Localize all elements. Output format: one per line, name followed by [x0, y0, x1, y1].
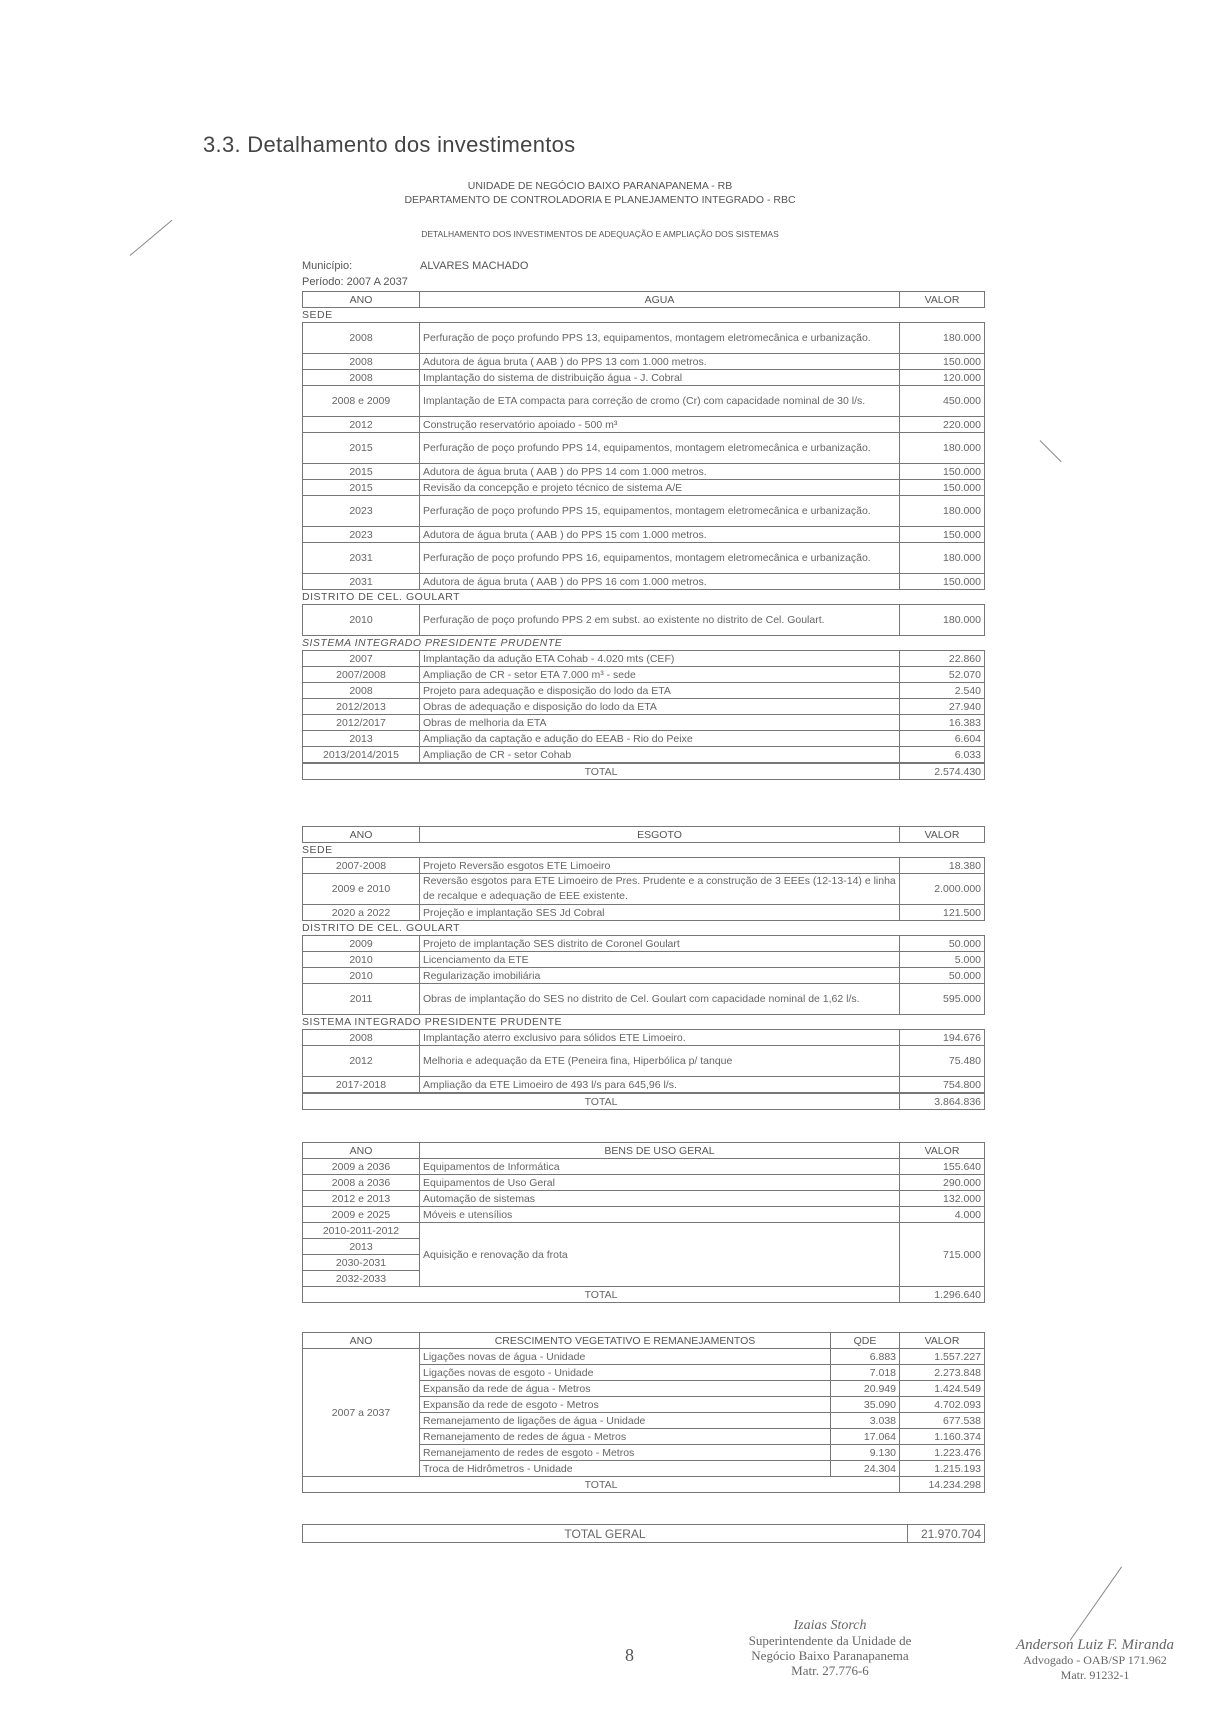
esgoto-group-table: 2008Implantação aterro exclusivo para só… [302, 1029, 985, 1093]
cell-ano: 2010 [303, 605, 420, 636]
table-row: 2009 e 2025Móveis e utensílios4.000 [303, 1207, 985, 1223]
cell-qde: 35.090 [831, 1397, 900, 1413]
cell-ano: 2013/2014/2015 [303, 747, 420, 763]
cell-ano: 2008 [303, 370, 420, 386]
table-row: 2013/2014/2015Ampliação de CR - setor Co… [303, 747, 985, 763]
total-value: 2.574.430 [900, 764, 985, 780]
cell-desc: Troca de Hidrômetros - Unidade [420, 1461, 831, 1477]
total-geral-label: TOTAL GERAL [303, 1525, 908, 1543]
cell-desc: Adutora de água bruta ( AAB ) do PPS 14 … [420, 464, 900, 480]
table-row: 2023Adutora de água bruta ( AAB ) do PPS… [303, 527, 985, 543]
cell-desc: Reversão esgotos para ETE Limoeiro de Pr… [420, 874, 900, 905]
table-row: 2015Revisão da concepção e projeto técni… [303, 480, 985, 496]
cell-desc: Perfuração de poço profundo PPS 13, equi… [420, 323, 900, 354]
table-row: 2020 a 2022Projeção e implantação SES Jd… [303, 905, 985, 921]
cell-ano: 2017-2018 [303, 1077, 420, 1093]
cell-desc: Projeto para adequação e disposição do l… [420, 683, 900, 699]
esgoto-total: TOTAL3.864.836 [302, 1093, 985, 1110]
total-value: 1.296.640 [900, 1287, 985, 1303]
signature-1-name: Izaias Storch [735, 1618, 925, 1633]
col-ano: ANO [303, 292, 420, 308]
cell-valor: 180.000 [900, 433, 985, 464]
cell-qde: 24.304 [831, 1461, 900, 1477]
table-row: 2012Construção reservatório apoiado - 50… [303, 417, 985, 433]
cell-valor: 180.000 [900, 605, 985, 636]
esgoto-group-table: 2007-2008Projeto Reversão esgotos ETE Li… [302, 857, 985, 921]
cell-valor: 16.383 [900, 715, 985, 731]
agua-table: ANOAGUAVALORSEDE2008Perfuração de poço p… [302, 291, 985, 780]
signature-2-line1: Advogado - OAB/SP 171.962 [990, 1653, 1200, 1668]
col-valor: VALOR [900, 1143, 985, 1159]
table-row: 2010Perfuração de poço profundo PPS 2 em… [303, 605, 985, 636]
col-desc: AGUA [420, 292, 900, 308]
cell-ano: 2030-2031 [303, 1255, 420, 1271]
cell-ano: 2011 [303, 984, 420, 1015]
cell-qde: 20.949 [831, 1381, 900, 1397]
cell-desc: Expansão da rede de água - Metros [420, 1381, 831, 1397]
municipio-line: Município: ALVARES MACHADO [302, 260, 352, 272]
group-label: SISTEMA INTEGRADO PRESIDENTE PRUDENTE [302, 1015, 985, 1029]
cell-ano: 2031 [303, 574, 420, 590]
cell-valor: 150.000 [900, 480, 985, 496]
cell-valor: 18.380 [900, 858, 985, 874]
total-row: TOTAL1.296.640 [303, 1287, 985, 1303]
table-row: 2023Perfuração de poço profundo PPS 15, … [303, 496, 985, 527]
cell-desc: Implantação aterro exclusivo para sólido… [420, 1030, 900, 1046]
table-row: 2008Perfuração de poço profundo PPS 13, … [303, 323, 985, 354]
total-value: 3.864.836 [900, 1094, 985, 1110]
cell-ano: 2012/2017 [303, 715, 420, 731]
cell-ano: 2020 a 2022 [303, 905, 420, 921]
cell-ano: 2015 [303, 464, 420, 480]
cell-desc: Expansão da rede de esgoto - Metros [420, 1397, 831, 1413]
cell-valor: 27.940 [900, 699, 985, 715]
cell-ano: 2008 [303, 1030, 420, 1046]
cell-qde: 3.038 [831, 1413, 900, 1429]
group-label: SEDE [302, 843, 985, 857]
cell-valor: 50.000 [900, 968, 985, 984]
cell-ano: 2008 e 2009 [303, 386, 420, 417]
cell-valor: 121.500 [900, 905, 985, 921]
signature-1-line1: Superintendente da Unidade de [735, 1633, 925, 1648]
cell-desc: Automação de sistemas [420, 1191, 900, 1207]
total-label: TOTAL [303, 1287, 900, 1303]
cell-desc: Perfuração de poço profundo PPS 14, equi… [420, 433, 900, 464]
col-valor: VALOR [900, 292, 985, 308]
cell-desc: Aquisição e renovação da frota [420, 1223, 900, 1287]
cell-desc: Móveis e utensílios [420, 1207, 900, 1223]
cell-desc: Equipamentos de Uso Geral [420, 1175, 900, 1191]
cell-valor: 4.702.093 [900, 1397, 985, 1413]
total-label: TOTAL [303, 1477, 900, 1493]
cell-ano: 2010-2011-2012 [303, 1223, 420, 1239]
cell-ano: 2012 [303, 417, 420, 433]
cell-valor: 2.540 [900, 683, 985, 699]
cell-ano: 2032-2033 [303, 1271, 420, 1287]
cell-ano: 2023 [303, 496, 420, 527]
cell-valor: 1.557.227 [900, 1349, 985, 1365]
table-row: 2009Projeto de implantação SES distrito … [303, 936, 985, 952]
cell-ano: 2012 e 2013 [303, 1191, 420, 1207]
col-desc: CRESCIMENTO VEGETATIVO E REMANEJAMENTOS [420, 1333, 831, 1349]
cell-ano: 2007/2008 [303, 667, 420, 683]
table-row: 2010Licenciamento da ETE5.000 [303, 952, 985, 968]
cell-desc: Perfuração de poço profundo PPS 16, equi… [420, 543, 900, 574]
cell-valor: 75.480 [900, 1046, 985, 1077]
table-row: 2007 a 2037Ligações novas de água - Unid… [303, 1349, 985, 1365]
cell-ano: 2008 [303, 683, 420, 699]
table-row: 2008Implantação do sistema de distribuiç… [303, 370, 985, 386]
cell-ano: 2008 [303, 323, 420, 354]
cell-desc: Obras de melhoria da ETA [420, 715, 900, 731]
agua-group-table: 2008Perfuração de poço profundo PPS 13, … [302, 322, 985, 590]
cell-ano: 2007-2008 [303, 858, 420, 874]
table-row: 2031Perfuração de poço profundo PPS 16, … [303, 543, 985, 574]
table-row: 2007/2008Ampliação de CR - setor ETA 7.0… [303, 667, 985, 683]
cell-desc: Remanejamento de redes de esgoto - Metro… [420, 1445, 831, 1461]
cell-ano: 2013 [303, 1239, 420, 1255]
cell-ano: 2013 [303, 731, 420, 747]
cell-valor: 6.033 [900, 747, 985, 763]
total-row: TOTAL14.234.298 [303, 1477, 985, 1493]
cell-valor: 1.215.193 [900, 1461, 985, 1477]
signature-2-name: Anderson Luiz F. Miranda [990, 1638, 1200, 1653]
cell-valor: 150.000 [900, 574, 985, 590]
cell-desc: Implantação do sistema de distribuição á… [420, 370, 900, 386]
cell-valor: 715.000 [900, 1223, 985, 1287]
cell-valor: 6.604 [900, 731, 985, 747]
cell-ano: 2007 a 2037 [303, 1349, 420, 1477]
table-row: 2012/2017Obras de melhoria da ETA16.383 [303, 715, 985, 731]
cell-valor: 4.000 [900, 1207, 985, 1223]
periodo-line: Período: 2007 A 2037 [302, 276, 408, 288]
cell-desc: Remanejamento de ligações de água - Unid… [420, 1413, 831, 1429]
table-row: 2010-2011-2012Aquisição e renovação da f… [303, 1223, 985, 1239]
cell-valor: 1.223.476 [900, 1445, 985, 1461]
signature-1-line2: Negócio Baixo Paranapanema [735, 1648, 925, 1663]
table-row: 2010Regularização imobiliária50.000 [303, 968, 985, 984]
cell-valor: 754.800 [900, 1077, 985, 1093]
periodo-label: Período: [302, 276, 344, 288]
cell-ano: 2012 [303, 1046, 420, 1077]
table-row: 2007-2008Projeto Reversão esgotos ETE Li… [303, 858, 985, 874]
cell-desc: Adutora de água bruta ( AAB ) do PPS 15 … [420, 527, 900, 543]
cell-valor: 2.000.000 [900, 874, 985, 905]
col-ano: ANO [303, 1143, 420, 1159]
cell-valor: 22.860 [900, 651, 985, 667]
table-row: 2031Adutora de água bruta ( AAB ) do PPS… [303, 574, 985, 590]
cell-ano: 2012/2013 [303, 699, 420, 715]
cell-ano: 2023 [303, 527, 420, 543]
header-department: DEPARTAMENTO DE CONTROLADORIA E PLANEJAM… [300, 194, 900, 206]
esgoto-table: ANOESGOTOVALORSEDE2007-2008Projeto Rever… [302, 826, 985, 1110]
cell-ano: 2031 [303, 543, 420, 574]
cell-desc: Revisão da concepção e projeto técnico d… [420, 480, 900, 496]
cell-valor: 5.000 [900, 952, 985, 968]
cell-ano: 2008 a 2036 [303, 1175, 420, 1191]
page-number: 8 [625, 1645, 634, 1666]
total-row: TOTAL3.864.836 [303, 1094, 985, 1110]
group-label: SISTEMA INTEGRADO PRESIDENTE PRUDENTE [302, 636, 985, 650]
cell-desc: Equipamentos de Informática [420, 1159, 900, 1175]
crescimento-table: ANOCRESCIMENTO VEGETATIVO E REMANEJAMENT… [302, 1332, 985, 1493]
agua-group-table: 2010Perfuração de poço profundo PPS 2 em… [302, 604, 985, 636]
crescimento-grid: ANOCRESCIMENTO VEGETATIVO E REMANEJAMENT… [302, 1332, 985, 1493]
cell-desc: Obras de implantação do SES no distrito … [420, 984, 900, 1015]
cell-desc: Projeto Reversão esgotos ETE Limoeiro [420, 858, 900, 874]
col-qde: QDE [831, 1333, 900, 1349]
cell-valor: 677.538 [900, 1413, 985, 1429]
cell-qde: 9.130 [831, 1445, 900, 1461]
periodo-value: 2007 A 2037 [347, 276, 408, 288]
signature-block-2: Anderson Luiz F. Miranda Advogado - OAB/… [990, 1638, 1200, 1683]
cell-desc: Ampliação da captação e adução do EEAB -… [420, 731, 900, 747]
cell-valor: 150.000 [900, 464, 985, 480]
cell-desc: Perfuração de poço profundo PPS 15, equi… [420, 496, 900, 527]
cell-desc: Projeto de implantação SES distrito de C… [420, 936, 900, 952]
agua-group-table: 2007Implantação da adução ETA Cohab - 4.… [302, 650, 985, 763]
signature-1-line3: Matr. 27.776-6 [735, 1663, 925, 1678]
cell-valor: 50.000 [900, 936, 985, 952]
cell-valor: 1.424.549 [900, 1381, 985, 1397]
cell-ano: 2009 e 2025 [303, 1207, 420, 1223]
cell-valor: 595.000 [900, 984, 985, 1015]
col-desc: BENS DE USO GERAL [420, 1143, 900, 1159]
table-row: 2013Ampliação da captação e adução do EE… [303, 731, 985, 747]
table-row: 2012Melhoria e adequação da ETE (Peneira… [303, 1046, 985, 1077]
table-row: 2017-2018Ampliação da ETE Limoeiro de 49… [303, 1077, 985, 1093]
cell-valor: 120.000 [900, 370, 985, 386]
cell-ano: 2007 [303, 651, 420, 667]
table-row: 2008 e 2009Implantação de ETA compacta p… [303, 386, 985, 417]
col-ano: ANO [303, 1333, 420, 1349]
cell-valor: 52.070 [900, 667, 985, 683]
table-row: 2008Projeto para adequação e disposição … [303, 683, 985, 699]
cell-desc: Adutora de água bruta ( AAB ) do PPS 13 … [420, 354, 900, 370]
pen-mark [130, 220, 173, 256]
cell-desc: Licenciamento da ETE [420, 952, 900, 968]
cell-valor: 2.273.848 [900, 1365, 985, 1381]
cell-desc: Ampliação de CR - setor ETA 7.000 m³ - s… [420, 667, 900, 683]
table-row: 2007Implantação da adução ETA Cohab - 4.… [303, 651, 985, 667]
cell-valor: 180.000 [900, 323, 985, 354]
cell-ano: 2010 [303, 952, 420, 968]
bens-table: ANOBENS DE USO GERALVALOR2009 a 2036Equi… [302, 1142, 985, 1303]
cell-valor: 180.000 [900, 496, 985, 527]
total-geral: TOTAL GERAL 21.970.704 [302, 1524, 985, 1543]
cell-desc: Construção reservatório apoiado - 500 m³ [420, 417, 900, 433]
table-row: 2009 a 2036Equipamentos de Informática15… [303, 1159, 985, 1175]
col-valor: VALOR [900, 1333, 985, 1349]
group-label: SEDE [302, 308, 985, 322]
cell-desc: Ligações novas de esgoto - Unidade [420, 1365, 831, 1381]
cell-desc: Remanejamento de redes de água - Metros [420, 1429, 831, 1445]
cell-qde: 6.883 [831, 1349, 900, 1365]
table-row: 2015Perfuração de poço profundo PPS 14, … [303, 433, 985, 464]
cell-valor: 450.000 [900, 386, 985, 417]
cell-desc: Regularização imobiliária [420, 968, 900, 984]
cell-valor: 1.160.374 [900, 1429, 985, 1445]
cell-desc: Obras de adequação e disposição do lodo … [420, 699, 900, 715]
header-subtitle: DETALHAMENTO DOS INVESTIMENTOS DE ADEQUA… [300, 229, 900, 239]
cell-desc: Implantação de ETA compacta para correçã… [420, 386, 900, 417]
cell-ano: 2009 [303, 936, 420, 952]
pen-mark [1070, 1566, 1122, 1640]
table-row: 2012/2013Obras de adequação e disposição… [303, 699, 985, 715]
table-row: 2009 e 2010Reversão esgotos para ETE Lim… [303, 874, 985, 905]
cell-ano: 2009 a 2036 [303, 1159, 420, 1175]
cell-valor: 194.676 [900, 1030, 985, 1046]
total-value: 14.234.298 [900, 1477, 985, 1493]
cell-qde: 7.018 [831, 1365, 900, 1381]
total-geral-value: 21.970.704 [908, 1525, 985, 1543]
col-desc: ESGOTO [420, 827, 900, 843]
cell-desc: Ampliação da ETE Limoeiro de 493 l/s par… [420, 1077, 900, 1093]
cell-valor: 150.000 [900, 527, 985, 543]
esgoto-group-table: 2009Projeto de implantação SES distrito … [302, 935, 985, 1015]
total-label: TOTAL [303, 1094, 900, 1110]
agua-header-row: ANOAGUAVALOR [302, 291, 985, 308]
cell-desc: Ligações novas de água - Unidade [420, 1349, 831, 1365]
table-row: 2011Obras de implantação do SES no distr… [303, 984, 985, 1015]
bens-grid: ANOBENS DE USO GERALVALOR2009 a 2036Equi… [302, 1142, 985, 1303]
pen-mark [1040, 440, 1062, 462]
cell-valor: 150.000 [900, 354, 985, 370]
cell-desc: Projeção e implantação SES Jd Cobral [420, 905, 900, 921]
total-label: TOTAL [303, 764, 900, 780]
cell-desc: Perfuração de poço profundo PPS 2 em sub… [420, 605, 900, 636]
cell-valor: 180.000 [900, 543, 985, 574]
cell-ano: 2015 [303, 480, 420, 496]
table-row: 2012 e 2013Automação de sistemas132.000 [303, 1191, 985, 1207]
signature-2-line2: Matr. 91232-1 [990, 1668, 1200, 1683]
cell-valor: 155.640 [900, 1159, 985, 1175]
cell-ano: 2008 [303, 354, 420, 370]
cell-ano: 2009 e 2010 [303, 874, 420, 905]
group-label: DISTRITO DE CEL. GOULART [302, 590, 985, 604]
page-title: 3.3. Detalhamento dos investimentos [203, 132, 575, 158]
total-row: TOTAL2.574.430 [303, 764, 985, 780]
table-row: 2008Adutora de água bruta ( AAB ) do PPS… [303, 354, 985, 370]
cell-desc: Melhoria e adequação da ETE (Peneira fin… [420, 1046, 900, 1077]
cell-qde: 17.064 [831, 1429, 900, 1445]
header-unit: UNIDADE DE NEGÓCIO BAIXO PARANAPANEMA - … [300, 180, 900, 192]
signature-block-1: Izaias Storch Superintendente da Unidade… [735, 1618, 925, 1678]
col-ano: ANO [303, 827, 420, 843]
cell-ano: 2010 [303, 968, 420, 984]
cell-desc: Implantação da adução ETA Cohab - 4.020 … [420, 651, 900, 667]
cell-valor: 220.000 [900, 417, 985, 433]
col-valor: VALOR [900, 827, 985, 843]
table-row: 2015Adutora de água bruta ( AAB ) do PPS… [303, 464, 985, 480]
group-label: DISTRITO DE CEL. GOULART [302, 921, 985, 935]
table-row: 2008 a 2036Equipamentos de Uso Geral290.… [303, 1175, 985, 1191]
municipio-label: Município: [302, 260, 352, 272]
cell-desc: Ampliação de CR - setor Cohab [420, 747, 900, 763]
cell-desc: Adutora de água bruta ( AAB ) do PPS 16 … [420, 574, 900, 590]
table-row: 2008Implantação aterro exclusivo para só… [303, 1030, 985, 1046]
municipio-value: ALVARES MACHADO [420, 260, 528, 272]
cell-valor: 290.000 [900, 1175, 985, 1191]
agua-total: TOTAL2.574.430 [302, 763, 985, 780]
esgoto-header-row: ANOESGOTOVALOR [302, 826, 985, 843]
cell-valor: 132.000 [900, 1191, 985, 1207]
cell-ano: 2015 [303, 433, 420, 464]
